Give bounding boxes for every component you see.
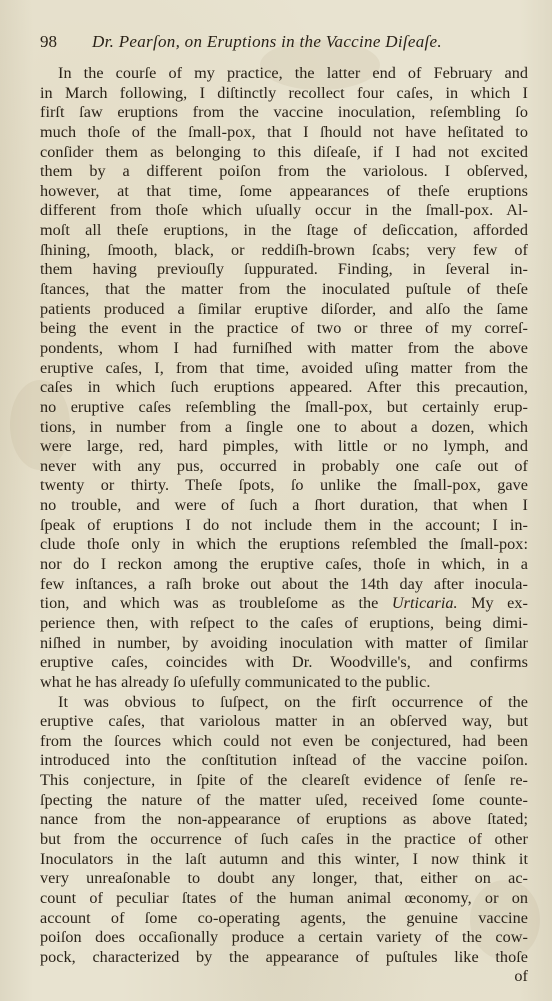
text-line: ſpecting the nature of the matter uſed, … <box>40 791 528 811</box>
text-line: ſpeak of eruptions I do not include them… <box>40 516 528 536</box>
text-line: eruptive caſes, I, from that time, avoid… <box>40 359 528 379</box>
text-line: very unreaſonable to doubt any longer, t… <box>40 869 528 889</box>
running-title: Dr. Pearſon, on Eruptions in the Vaccine… <box>92 30 442 54</box>
text-line: clude thoſe only in which the eruptions … <box>40 535 528 555</box>
text-line: from the ſources which could not even be… <box>40 732 528 752</box>
text-line: but from the occurrence of ſuch caſes in… <box>40 830 528 850</box>
text-line: ſtances, that the matter from the inocul… <box>40 280 528 300</box>
text-line: different from thoſe which uſually occur… <box>40 201 528 221</box>
text-line-paragraph-start: It was obvious to ſuſpect, on the firſt … <box>40 693 528 713</box>
text-line: nance from the non-appearance of eruptio… <box>40 810 528 830</box>
book-page: 98 Dr. Pearſon, on Eruptions in the Vacc… <box>40 0 530 1001</box>
page-number: 98 <box>40 30 57 54</box>
running-head: 98 Dr. Pearſon, on Eruptions in the Vacc… <box>40 30 530 54</box>
text-line: perience then, with reſpect to the caſes… <box>40 614 528 634</box>
text-line: patients produced a ſimilar eruptive diſ… <box>40 300 528 320</box>
text-line: Inoculators in the laſt autumn and this … <box>40 850 528 870</box>
italic-term-urticaria: Urticaria. <box>392 594 458 612</box>
text-line: no trouble, and were of ſuch a ſhort dur… <box>40 496 528 516</box>
text-line: ſhining, ſmooth, black, or reddiſh-brown… <box>40 241 528 261</box>
text-line: in March following, I diſtinctly recolle… <box>40 84 528 104</box>
text-line: no eruptive caſes reſembling the ſmall-p… <box>40 398 528 418</box>
text-line-head: tion, and which was as troubleſome as th… <box>40 594 392 612</box>
text-line: twenty or thirty. Theſe ſpots, ſo unlike… <box>40 476 528 496</box>
text-line-tail: My ex- <box>458 594 528 612</box>
text-line-paragraph-end: what he has already ſo uſefully communic… <box>40 673 528 693</box>
text-line-urticaria: tion, and which was as troubleſome as th… <box>40 594 528 614</box>
text-line: nor do I reckon among the eruptive caſes… <box>40 555 528 575</box>
text-line: niſhed in number, by avoiding inoculatio… <box>40 634 528 654</box>
text-line: tions, in number from a ſingle one to ab… <box>40 418 528 438</box>
text-line: them by a different poiſon from the vari… <box>40 162 528 182</box>
text-line: moſt all theſe eruptions, in the ſtage o… <box>40 221 528 241</box>
text-line: firſt ſaw eruptions from the vaccine ino… <box>40 103 528 123</box>
text-line: being the event in the practice of two o… <box>40 319 528 339</box>
text-line: account of ſome co-operating agents, the… <box>40 909 528 929</box>
text-line: eruptive caſes, that variolous matter in… <box>40 712 528 732</box>
text-line: introduced into the conſtitution inſtead… <box>40 751 528 771</box>
text-line: In the courſe of my practice, the latter… <box>40 64 528 84</box>
text-line: few inſtances, a raſh broke out about th… <box>40 575 528 595</box>
text-line: count of peculiar ſtates of the human an… <box>40 889 528 909</box>
text-line: them having previouſly ſuppurated. Findi… <box>40 260 528 280</box>
text-line: pondents, whom I had furniſhed with matt… <box>40 339 528 359</box>
text-line: much thoſe of the ſmall-pox, that I ſhou… <box>40 123 528 143</box>
text-line: eruptive caſes, coincides with Dr. Woodv… <box>40 653 528 673</box>
catchword: of <box>40 967 528 987</box>
body-text: In the courſe of my practice, the latter… <box>40 64 528 987</box>
text-line: however, at that time, ſome appearances … <box>40 182 528 202</box>
text-line: This conjecture, in ſpite of the cleareſ… <box>40 771 528 791</box>
text-line: pock, characterized by the appearance of… <box>40 948 528 968</box>
text-line: never with any pus, occurred in probably… <box>40 457 528 477</box>
text-line: were large, red, hard pimples, with litt… <box>40 437 528 457</box>
text-line: conſider them as belonging to this diſea… <box>40 143 528 163</box>
text-line: poiſon does occaſionally produce a certa… <box>40 928 528 948</box>
text-line: caſes in which ſuch eruptions appeared. … <box>40 378 528 398</box>
